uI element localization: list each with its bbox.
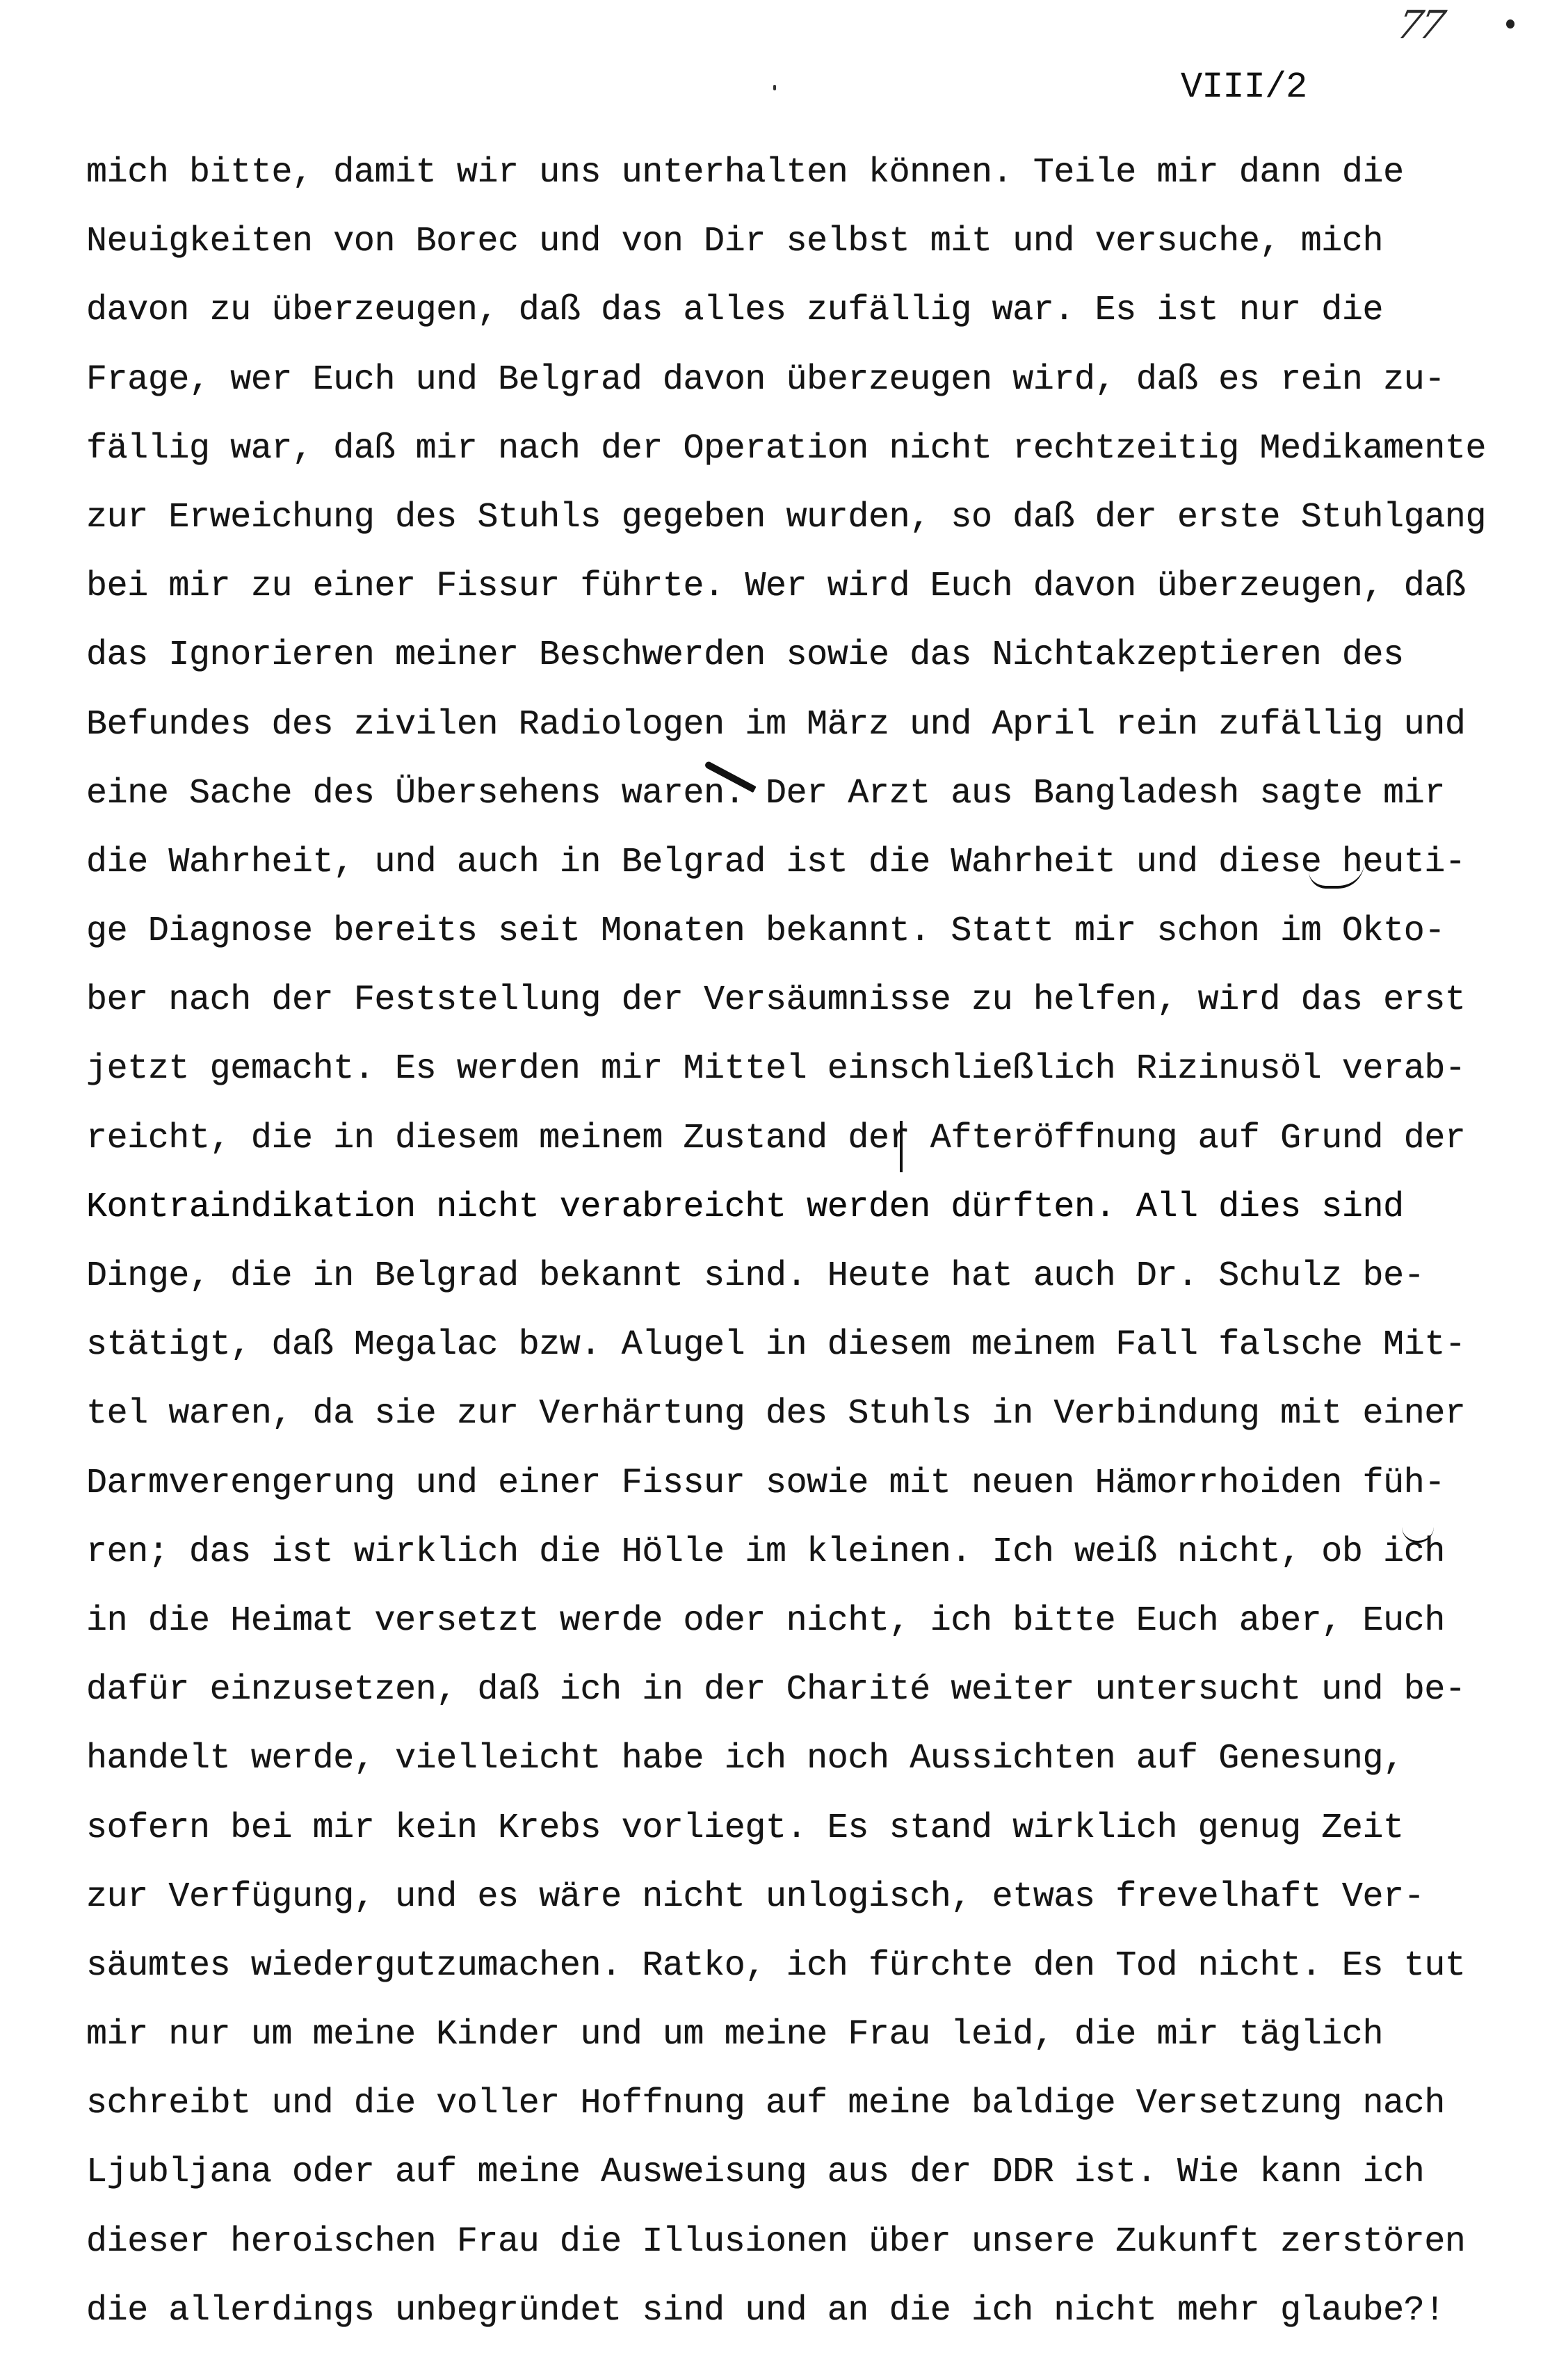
text-line: ren; das ist wirklich die Hölle im klein… (86, 1528, 1533, 1597)
handwritten-insertion-mark (900, 1121, 903, 1172)
text-line: Ljubljana oder auf meine Ausweisung aus … (86, 2148, 1533, 2217)
text-line: zur Erweichung des Stuhls gegeben wurden… (86, 494, 1533, 562)
text-line: jetzt gemacht. Es werden mir Mittel eins… (86, 1045, 1533, 1114)
text-line: reicht, die in diesem meinem Zustand der… (86, 1115, 1533, 1183)
text-line: das Ignorieren meiner Beschwerden sowie … (86, 631, 1533, 700)
text-line: Befundes des zivilen Radiologen im März … (86, 701, 1533, 770)
text-line: davon zu überzeugen, daß das alles zufäl… (86, 286, 1533, 355)
typewritten-page: 77 VIII/2 mich bitte, damit wir uns unte… (0, 0, 1559, 2380)
text-line: Dinge, die in Belgrad bekannt sind. Heut… (86, 1252, 1533, 1321)
text-line: Kontraindikation nicht verabreicht werde… (86, 1183, 1533, 1252)
ink-dot (1506, 19, 1514, 29)
text-line: sofern bei mir kein Krebs vorliegt. Es s… (86, 1804, 1533, 1873)
text-line: Darmverengerung und einer Fissur sowie m… (86, 1459, 1533, 1528)
text-line: eine Sache des Übersehens waren. Der Arz… (86, 770, 1533, 839)
text-line: Frage, wer Euch und Belgrad davon überze… (86, 356, 1533, 425)
text-line: tel waren, da sie zur Verhärtung des Stu… (86, 1390, 1533, 1459)
text-line: schreibt und die voller Hoffnung auf mei… (86, 2080, 1533, 2148)
text-line: zur Verfügung, und es wäre nicht unlogis… (86, 1873, 1533, 1942)
text-line: Neuigkeiten von Borec und von Dir selbst… (86, 218, 1533, 286)
text-line: ge Diagnose bereits seit Monaten bekannt… (86, 907, 1533, 976)
text-line: bei mir zu einer Fissur führte. Wer wird… (86, 562, 1533, 631)
text-line: mir nur um meine Kinder und um meine Fra… (86, 2011, 1533, 2080)
letter-body: mich bitte, damit wir uns unterhalten kö… (86, 149, 1533, 2356)
text-line: fällig war, daß mir nach der Operation n… (86, 425, 1533, 494)
text-line: handelt werde, vielleicht habe ich noch … (86, 1735, 1533, 1804)
text-line: stätigt, daß Megalac bzw. Alugel in dies… (86, 1321, 1533, 1390)
text-line: ber nach der Feststellung der Versäumnis… (86, 976, 1533, 1045)
text-line: die allerdings unbegründet sind und an d… (86, 2287, 1533, 2356)
handwritten-folio-number: 77 (1393, 3, 1446, 48)
ink-speck (773, 85, 776, 90)
text-line: dafür einzusetzen, daß ich in der Charit… (86, 1666, 1533, 1735)
text-line: mich bitte, damit wir uns unterhalten kö… (86, 149, 1533, 218)
page-number: VIII/2 (1181, 67, 1307, 108)
text-line: dieser heroischen Frau die Illusionen üb… (86, 2218, 1533, 2287)
text-line: säumtes wiedergutzumachen. Ratko, ich fü… (86, 1942, 1533, 2011)
text-line: in die Heimat versetzt werde oder nicht,… (86, 1597, 1533, 1666)
